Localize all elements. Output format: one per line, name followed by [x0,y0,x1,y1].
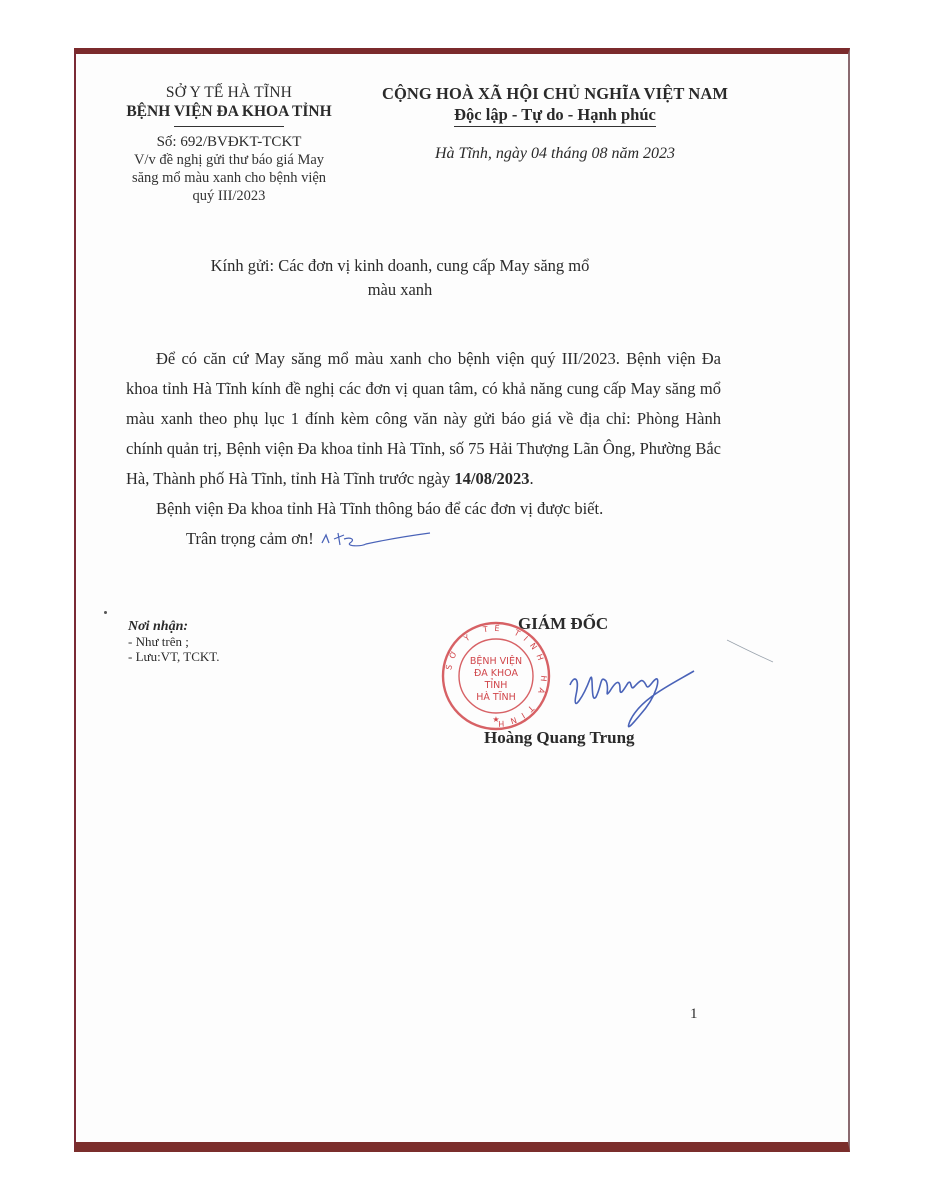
header-divider [174,126,284,127]
national-header: CỘNG HOÀ XÃ HỘI CHỦ NGHĨA VIỆT NAM Độc l… [340,84,770,163]
scan-artifact-line [725,636,775,666]
svg-text:HÀ TĨNH: HÀ TĨNH [476,691,516,703]
issuer-header: SỞ Y TẾ HÀ TĨNH BỆNH VIỆN ĐA KHOA TỈNH S… [104,84,354,205]
body-paragraph: Để có căn cứ May săng mổ màu xanh cho bệ… [126,344,721,494]
document-number: Số: 692/BVĐKT-TCKT [104,133,354,151]
closing-line: Trân trọng cảm ơn! [126,524,721,554]
svg-text:TỈNH: TỈNH [484,679,508,691]
body-paragraph: Bệnh viện Đa khoa tỉnh Hà Tĩnh thông báo… [126,494,721,524]
recipient-text: màu xanh [120,278,680,302]
document-subject: V/v đề nghị gửi thư báo giá May săng mổ … [104,151,354,205]
signer-title: GIÁM ĐỐC [518,614,608,634]
subject-line: săng mổ màu xanh cho bệnh viện [104,169,354,187]
page-number: 1 [690,1006,698,1023]
deadline-date: 14/08/2023 [454,469,529,488]
receivers-block: Nơi nhận: - Như trên ; - Lưu:VT, TCKT. [128,619,348,664]
svg-text:BỆNH VIỆN: BỆNH VIỆN [470,655,522,667]
recipient-text: Kính gửi: Các đơn vị kinh doanh, cung cấ… [120,254,680,278]
receivers-title: Nơi nhận: [128,619,348,634]
letter-body: Để có căn cứ May săng mổ màu xanh cho bệ… [126,344,721,554]
parent-organization: SỞ Y TẾ HÀ TĨNH [104,84,354,102]
subject-line: quý III/2023 [104,187,354,205]
place-and-date: Hà Tĩnh, ngày 04 tháng 08 năm 2023 [340,145,770,163]
signer-name: Hoàng Quang Trung [484,728,635,748]
official-stamp-icon: BỆNH VIỆN ĐA KHOA TỈNH HÀ TĨNH SỞ Y TẾ T… [440,620,552,732]
subject-line: V/v đề nghị gửi thư báo giá May [104,151,354,169]
organization-name: BỆNH VIỆN ĐA KHOA TỈNH [104,103,354,121]
national-motto: Độc lập - Tự do - Hạnh phúc [454,105,656,127]
closing-text: Trân trọng cảm ơn! [156,524,314,554]
receiver-item: - Như trên ; [128,634,348,649]
scanned-page [74,48,850,1152]
scan-dot [104,611,107,614]
nation-title: CỘNG HOÀ XÃ HỘI CHỦ NGHĨA VIỆT NAM [340,84,770,104]
initials-mark-icon [320,527,440,551]
receiver-item: - Lưu:VT, TCKT. [128,649,348,664]
svg-text:★: ★ [492,715,499,724]
svg-text:ĐA KHOA: ĐA KHOA [474,668,518,679]
handwritten-signature-icon [560,655,700,735]
recipient-line: Kính gửi: Các đơn vị kinh doanh, cung cấ… [120,254,680,302]
